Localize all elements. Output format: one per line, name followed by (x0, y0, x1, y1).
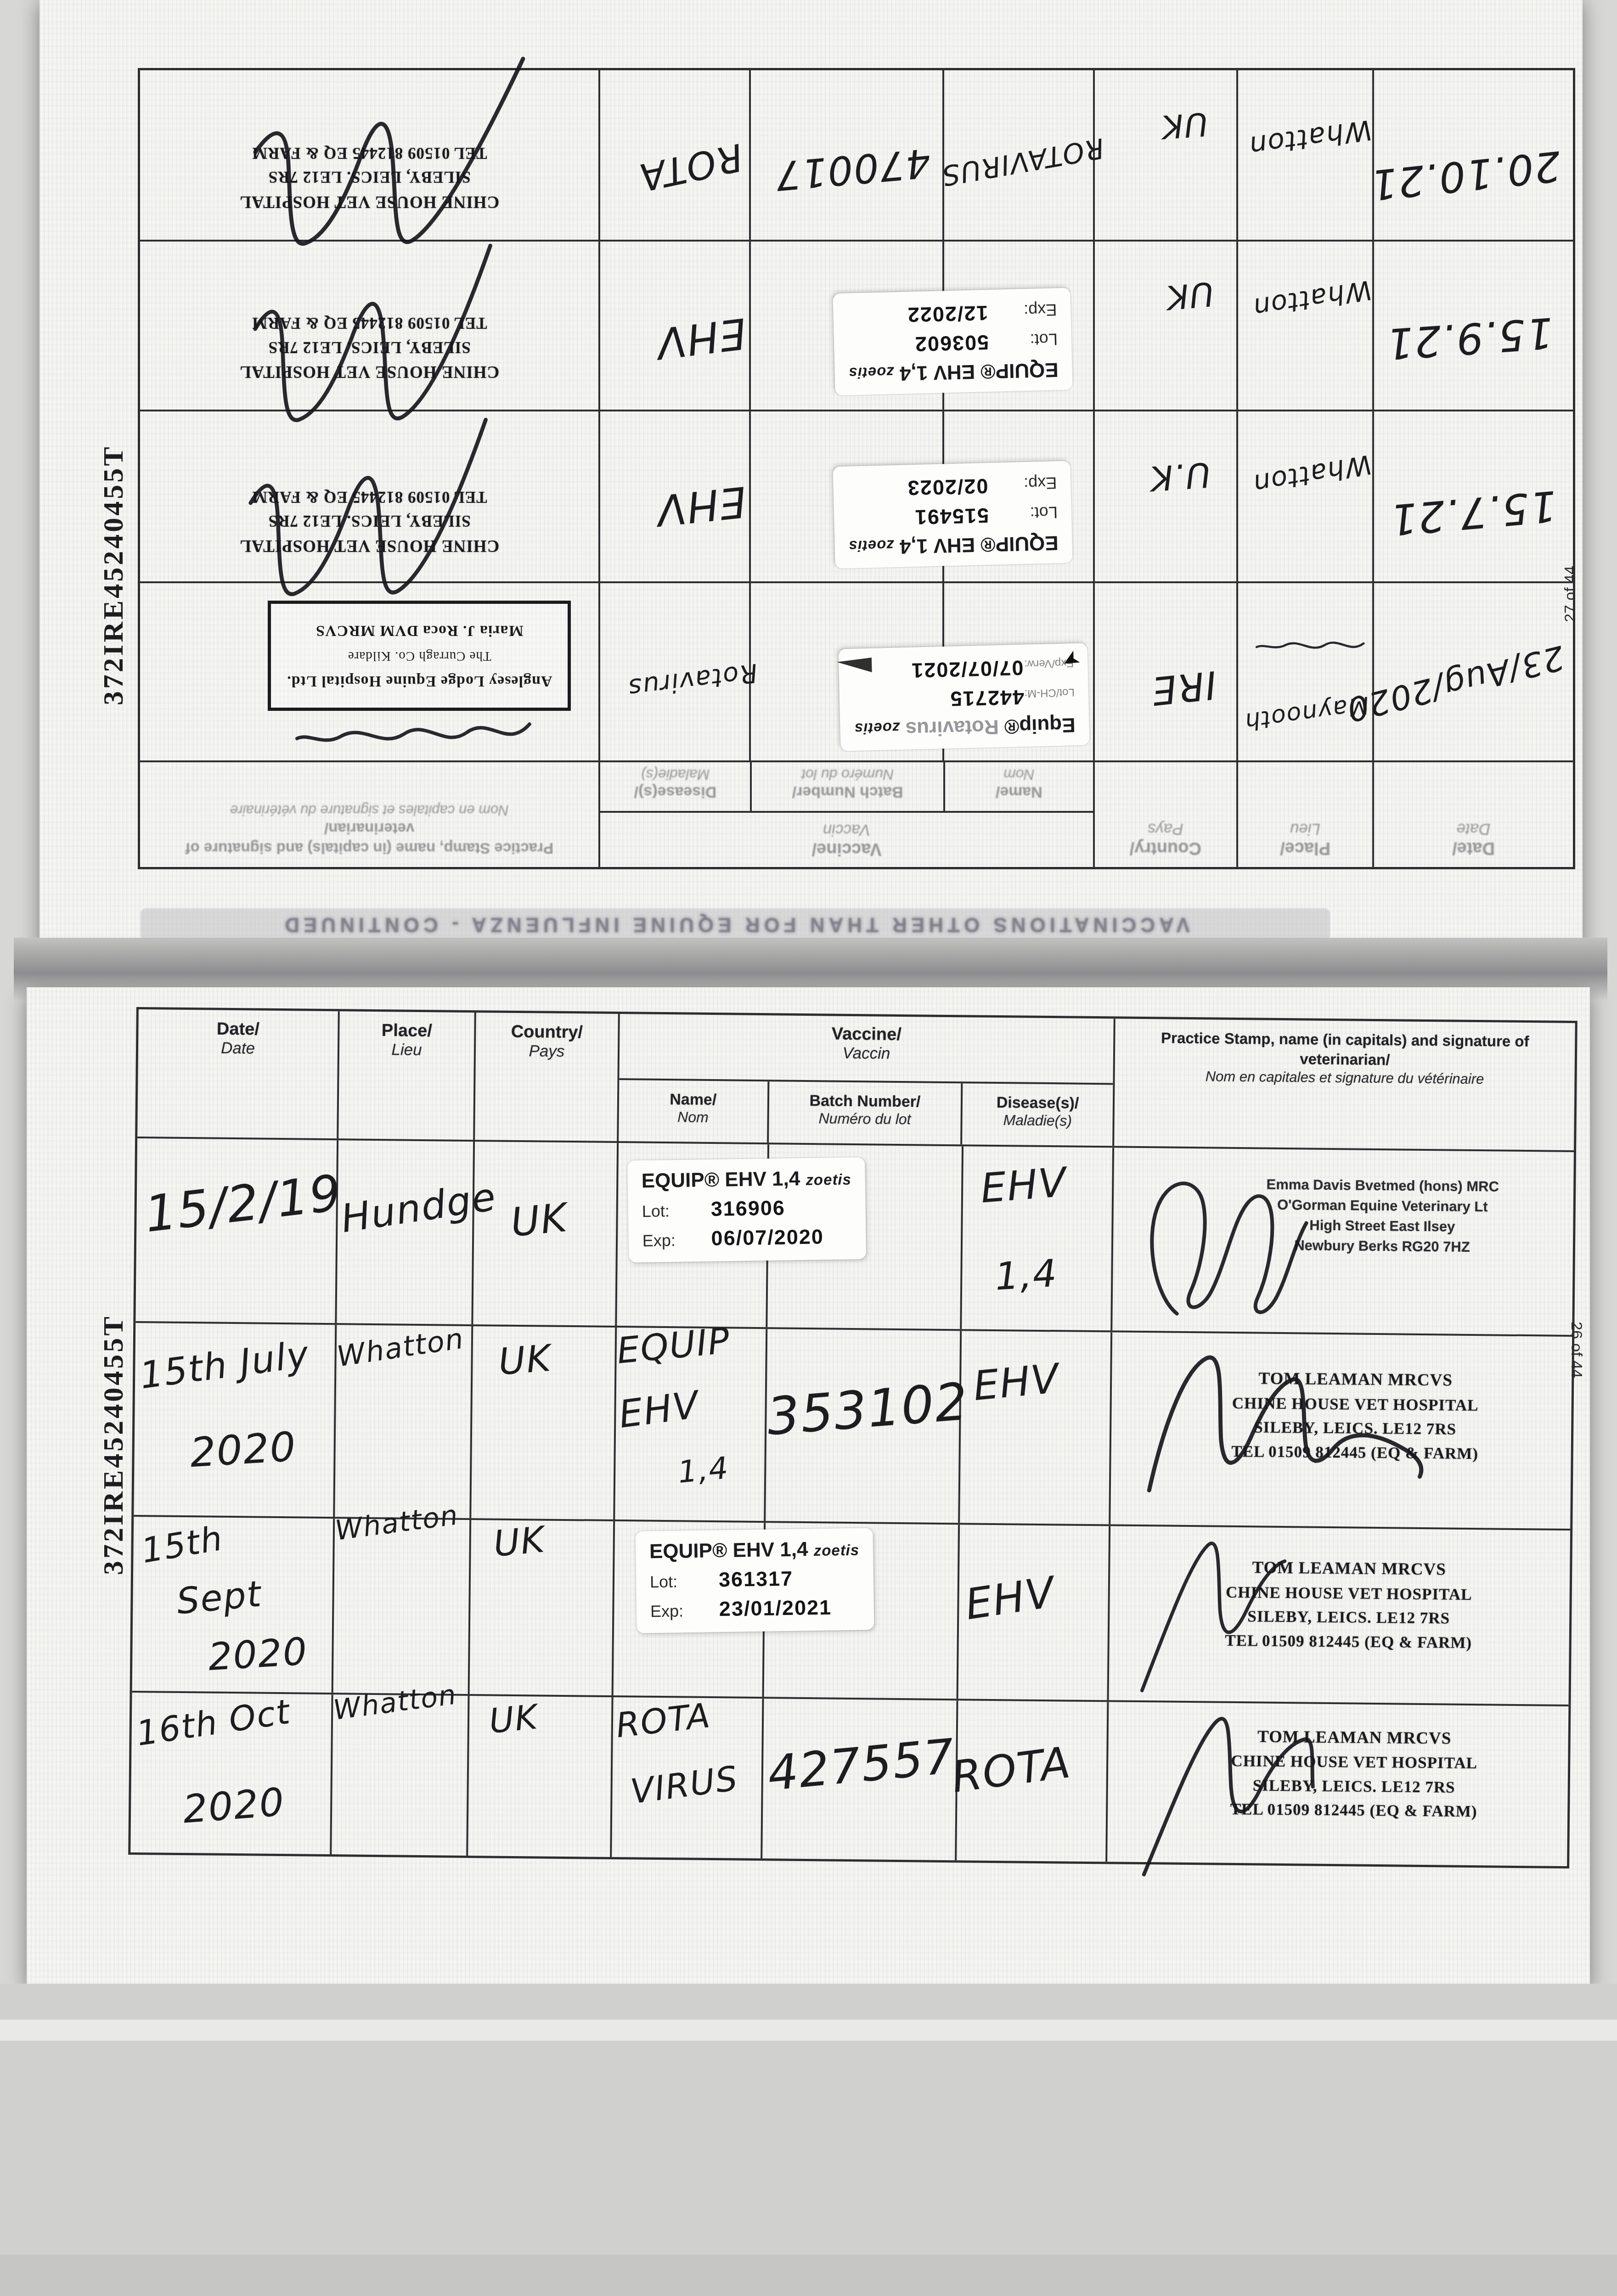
scanned-equine-passport: { "passport_id": "372IRE45240455T", "sec… (0, 0, 1617, 2296)
stamp-cell: TOM LEAMAN MRCVS CHINE HOUSE VET HOSPITA… (1107, 1702, 1568, 1866)
place-cell: Whatton (332, 1694, 469, 1856)
header-disease: Disease(s)/ Maladie(s) (600, 762, 750, 811)
place-cell: Hundge (337, 1140, 475, 1324)
disease-cell: EHV (598, 242, 749, 410)
place-cell: Whatton (1236, 242, 1372, 410)
country-cell: UK (473, 1142, 619, 1326)
stamp-cell: TOM LEAMAN MRCVS CHINE HOUSE VET HOSPITA… (1110, 1332, 1572, 1529)
header-disease: Disease(s)/ Maladie(s) (962, 1083, 1113, 1146)
handwritten-disease: ROTA (636, 137, 746, 196)
handwritten-vaccine-name: ROTAVIRUS (939, 134, 1106, 189)
stamp-cell: CHINE HOUSE VET HOSPITAL SILEBY, LEICS. … (140, 242, 598, 410)
header-country: Country/ Pays (475, 1013, 620, 1141)
header-vaccine-group: Vaccine/ Vaccin Name/ Nom Batch Number/ … (619, 1014, 1116, 1146)
handwritten-date: 15th (139, 1521, 225, 1568)
handwritten-date: 15th July (137, 1336, 311, 1394)
handwritten-country: UK (488, 1700, 540, 1739)
header-batch-number: Batch Number/ Numéro du lot (769, 1081, 963, 1144)
disease-cell: EHV 1,4 (962, 1146, 1114, 1330)
handwritten-batch: 353102 (765, 1376, 970, 1443)
signature (1108, 1157, 1330, 1334)
handwritten-batch: 470017 (773, 142, 932, 195)
date-cell: 15/2/19 (135, 1138, 338, 1323)
disease-cell: ROTA (957, 1700, 1109, 1862)
vaccine-label-sticker: EQUIP® EHV 1,4 zoetis Lot: 316906 Exp: 0… (627, 1157, 866, 1263)
header-batch-number: Batch Number/ Numéro du lot (750, 762, 943, 811)
page-number-bottom: 26 of 44 (1567, 1322, 1585, 1378)
date-cell: 16th Oct 2020 (130, 1692, 333, 1854)
handwritten-vaccine-name-2: EHV (617, 1386, 702, 1434)
signature (1098, 1688, 1375, 1888)
signature (240, 47, 543, 263)
place-cell: Maynooth (1236, 583, 1372, 760)
handwritten-date-3: 2020 (207, 1633, 309, 1677)
vaccine-label-sticker: Equip® Rotavirus zoetis Lot/CH-M: 442715… (839, 643, 1090, 751)
table-row: 15th July 2020 Whatton UK EQUIP EHV 1,4 … (134, 1323, 1572, 1531)
vaccine-label-sticker: EQUIP® EHV 1,4 zoetis Lot: 503602 Exp: 1… (833, 288, 1072, 396)
handwritten-disease: ROTA (949, 1741, 1073, 1800)
table-row: 16th Oct 2020 Whatton UK ROTA VIRUS 4275… (130, 1692, 1568, 1866)
country-cell: U.K (1093, 411, 1236, 581)
place-cell: Whatton (333, 1519, 472, 1694)
passport-number-vertical-top: 372IRE45240455T (97, 445, 130, 705)
batch-cell: 353102 (766, 1329, 962, 1523)
handwritten-date: 16th Oct (134, 1695, 293, 1751)
date-cell: 15th Sept 2020 (132, 1517, 335, 1693)
date-cell: 15th July 2020 (134, 1323, 337, 1517)
handwritten-vaccine-name: ROTA (614, 1699, 713, 1743)
handwritten-country: UK (509, 1198, 569, 1243)
handwritten-date: 15.9.21 (1384, 311, 1555, 365)
handwritten-vaccine-name-3: 1,4 (677, 1453, 731, 1488)
date-cell: 15.9.21 (1372, 242, 1573, 410)
handwritten-country: UK (1161, 107, 1209, 143)
header-practice-stamp: Practice Stamp, name (in capitals) and s… (140, 762, 598, 867)
disease-cell: Rotavirus (598, 583, 749, 760)
table-row: 15th Sept 2020 Whatton UK EHV TOM LEAMAN… (132, 1517, 1571, 1706)
bottom-page-content: Date/ Date Place/ Lieu Country/ Pays Vac… (128, 1007, 1578, 1866)
handwritten-date: 23/Aug/2020 (1343, 641, 1568, 726)
passport-number-vertical-bottom: 372IRE45240455T (97, 1314, 130, 1575)
country-cell: UK (1093, 70, 1236, 240)
header-vaccine-group: Vaccine/ Vaccin Name/ Nom Batch Number/ … (598, 762, 1093, 867)
handwritten-disease: EHV (654, 480, 748, 531)
handwritten-place: Whatton (335, 1324, 466, 1371)
handwritten-disease: EHV (971, 1358, 1061, 1407)
table-row: 20.10.21 Whatton UK ROTAVIRUS 470017 ROT… (140, 70, 1573, 240)
place-cell: Whatton (335, 1325, 473, 1518)
vaccine-label-sticker: EQUIP® EHV 1,4 zoetis Lot: 515491 Exp: 0… (833, 461, 1072, 569)
vaccine-name-cell: ROTAVIRUS (942, 70, 1093, 240)
table-row: 15/2/19 Hundge UK EHV 1,4 Emma Davis Bve… (135, 1138, 1574, 1337)
header-place: Place/ Lieu (1236, 762, 1372, 867)
batch-cell: 470017 (749, 70, 942, 240)
header-vaccine: Vaccine/ Vaccin (619, 1014, 1113, 1085)
section-banner-label: VACCINATIONS OTHER THAN FOR EQUINE INFLU… (281, 913, 1190, 936)
place-cell: Whatton (1236, 411, 1372, 581)
header-place: Place/ Lieu (338, 1011, 476, 1140)
book-cover-edge (0, 2020, 1617, 2041)
stamp-cell: TOM LEAMAN MRCVS CHINE HOUSE VET HOSPITA… (1109, 1526, 1571, 1705)
header-country: Country/ Pays (1093, 762, 1236, 867)
place-cell: Whatton (1236, 70, 1372, 240)
signature (286, 713, 543, 759)
table-row: 15.9.21 Whatton UK EHV CHINE HOUSE VET H… (140, 240, 1573, 410)
handwritten-date: 15.7.21 (1388, 484, 1559, 541)
handwritten-place: Whatton (1247, 115, 1374, 160)
handwritten-date: 15/2/19 (142, 1169, 344, 1240)
disease-cell: ROTA (598, 70, 749, 240)
handwritten-place: Maynooth (1243, 692, 1371, 734)
header-vaccine-name: Name/ Nom (619, 1080, 769, 1142)
top-page-content-rotated: VACCINATIONS OTHER THAN FOR EQUINE INFLU… (138, 73, 1575, 940)
batch-cell: 427557 (762, 1699, 958, 1861)
stamp-cell: Emma Davis Bvetmed (hons) MRC O'Gorman E… (1112, 1148, 1574, 1335)
vaccine-label-sticker: EQUIP® EHV 1,4 zoetis Lot: 361317 Exp: 2… (635, 1528, 874, 1633)
vaccination-table-bottom: Date/ Date Place/ Lieu Country/ Pays Vac… (128, 1007, 1578, 1868)
handwritten-country: U.K (1149, 457, 1212, 495)
handwritten-vaccine-name-2: VIRUS (629, 1761, 740, 1809)
country-cell: UK (468, 1696, 613, 1857)
country-cell: IRE (1093, 583, 1236, 760)
table-header: Date/ Date Place/ Lieu Country/ Pays Vac… (140, 760, 1573, 867)
handwritten-date: 20.10.21 (1368, 144, 1563, 205)
date-cell: 20.10.21 (1372, 70, 1573, 240)
disease-cell: EHV (598, 411, 749, 581)
table-header: Date/ Date Place/ Lieu Country/ Pays Vac… (137, 1009, 1575, 1152)
signature (1097, 1337, 1448, 1524)
country-cell: UK (470, 1520, 615, 1695)
header-date: Date/ Date (1372, 762, 1573, 867)
date-cell: 23/Aug/2020 (1372, 583, 1573, 760)
header-practice-stamp: Practice Stamp, name (in capitals) and s… (1114, 1019, 1575, 1150)
vaccine-name-cell: ROTA VIRUS (612, 1697, 764, 1859)
signature (1090, 1508, 1349, 1712)
handwritten-disease: EHV (654, 312, 748, 365)
disease-cell: EHV (960, 1331, 1112, 1524)
section-banner: VACCINATIONS OTHER THAN FOR EQUINE INFLU… (141, 908, 1330, 940)
handwritten-date-2: Sept (175, 1576, 264, 1620)
label-notch (837, 658, 873, 673)
page-number-top: 27 of 44 (1561, 566, 1579, 622)
handwritten-disease: Rotavirus (626, 659, 759, 701)
place-scribble (1253, 631, 1367, 663)
practice-stamp: Anglesey Lodge Equine Hospital Ltd. The … (268, 601, 571, 711)
handwritten-batch: 427557 (766, 1732, 957, 1797)
handwritten-place: Whatton (1251, 451, 1374, 498)
header-vaccine: Vaccine/ Vaccin (600, 811, 1093, 867)
header-vaccine-name: Name/ Nom (943, 762, 1093, 811)
handwritten-date-2: 2020 (181, 1782, 286, 1829)
stamp-cell: CHINE HOUSE VET HOSPITAL SILEBY, LEICS. … (140, 70, 598, 240)
vaccine-name-cell: EQUIP EHV 1,4 (615, 1328, 767, 1521)
handwritten-country: UK (497, 1340, 552, 1381)
vaccination-table-top: Date/ Date Place/ Lieu Country/ Pays Vac… (138, 68, 1575, 869)
handwritten-country: UK (1165, 277, 1215, 314)
country-cell: UK (1093, 242, 1236, 410)
date-cell: 15.7.21 (1372, 411, 1573, 581)
disease-cell: EHV (958, 1525, 1110, 1699)
header-date: Date/ Date (137, 1009, 340, 1138)
handwritten-disease: EHV (980, 1162, 1069, 1209)
handwritten-disease-2: 1,4 (994, 1255, 1059, 1296)
handwritten-disease: EHV (962, 1571, 1058, 1626)
handwritten-country: IRE (1149, 665, 1218, 710)
handwritten-vaccine-name: EQUIP (615, 1323, 732, 1369)
handwritten-country: UK (492, 1522, 547, 1562)
desk-shadow (0, 2255, 1617, 2296)
country-cell: UK (471, 1326, 617, 1519)
handwritten-date-2: 2020 (189, 1426, 298, 1473)
handwritten-place: Whatton (1251, 276, 1374, 321)
